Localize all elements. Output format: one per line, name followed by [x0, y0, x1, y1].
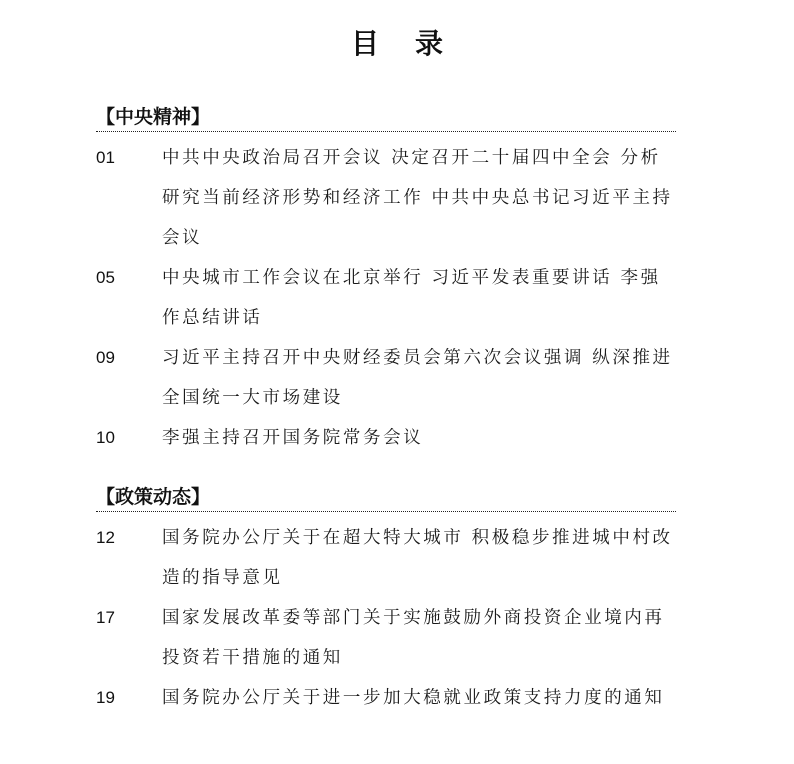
page-number: 01: [96, 138, 162, 178]
section-heading: 【中央精神】: [96, 104, 676, 132]
toc-entry[interactable]: 10 李强主持召开国务院常务会议: [96, 418, 676, 458]
toc-entry[interactable]: 17 国家发展改革委等部门关于实施鼓励外商投资企业境内再投资若干措施的通知: [96, 598, 676, 678]
page-number: 12: [96, 518, 162, 558]
title-char-2: 录: [415, 27, 443, 60]
section-policy-news: 【政策动态】 12 国务院办公厅关于在超大特大城市 积极稳步推进城中村改造的指导…: [96, 484, 676, 718]
page-number: 19: [96, 678, 162, 718]
entry-title[interactable]: 习近平主持召开中央财经委员会第六次会议强调 纵深推进全国统一大市场建设: [162, 338, 676, 418]
entry-title[interactable]: 李强主持召开国务院常务会议: [162, 418, 676, 458]
toc-entry[interactable]: 12 国务院办公厅关于在超大特大城市 积极稳步推进城中村改造的指导意见: [96, 518, 676, 598]
toc-entry[interactable]: 05 中央城市工作会议在北京举行 习近平发表重要讲话 李强作总结讲话: [96, 258, 676, 338]
section-heading: 【政策动态】: [96, 484, 676, 512]
page-number: 17: [96, 598, 162, 638]
page-number: 09: [96, 338, 162, 378]
entry-title[interactable]: 国务院办公厅关于进一步加大稳就业政策支持力度的通知: [162, 678, 676, 718]
toc-list: 01 中共中央政治局召开会议 决定召开二十届四中全会 分析研究当前经济形势和经济…: [96, 138, 676, 458]
toc-entry[interactable]: 09 习近平主持召开中央财经委员会第六次会议强调 纵深推进全国统一大市场建设: [96, 338, 676, 418]
entry-title[interactable]: 国家发展改革委等部门关于实施鼓励外商投资企业境内再投资若干措施的通知: [162, 598, 676, 678]
entry-title[interactable]: 中央城市工作会议在北京举行 习近平发表重要讲话 李强作总结讲话: [162, 258, 676, 338]
toc-entry[interactable]: 19 国务院办公厅关于进一步加大稳就业政策支持力度的通知: [96, 678, 676, 718]
entry-title[interactable]: 中共中央政治局召开会议 决定召开二十届四中全会 分析研究当前经济形势和经济工作 …: [162, 138, 676, 258]
toc-list: 12 国务院办公厅关于在超大特大城市 积极稳步推进城中村改造的指导意见 17 国…: [96, 518, 676, 718]
section-central-spirit: 【中央精神】 01 中共中央政治局召开会议 决定召开二十届四中全会 分析研究当前…: [96, 104, 676, 458]
entry-title[interactable]: 国务院办公厅关于在超大特大城市 积极稳步推进城中村改造的指导意见: [162, 518, 676, 598]
page-title: 目录: [0, 22, 794, 62]
page-number: 10: [96, 418, 162, 458]
toc-entry[interactable]: 01 中共中央政治局召开会议 决定召开二十届四中全会 分析研究当前经济形势和经济…: [96, 138, 676, 258]
title-char-1: 目: [351, 27, 379, 60]
page-number: 05: [96, 258, 162, 298]
